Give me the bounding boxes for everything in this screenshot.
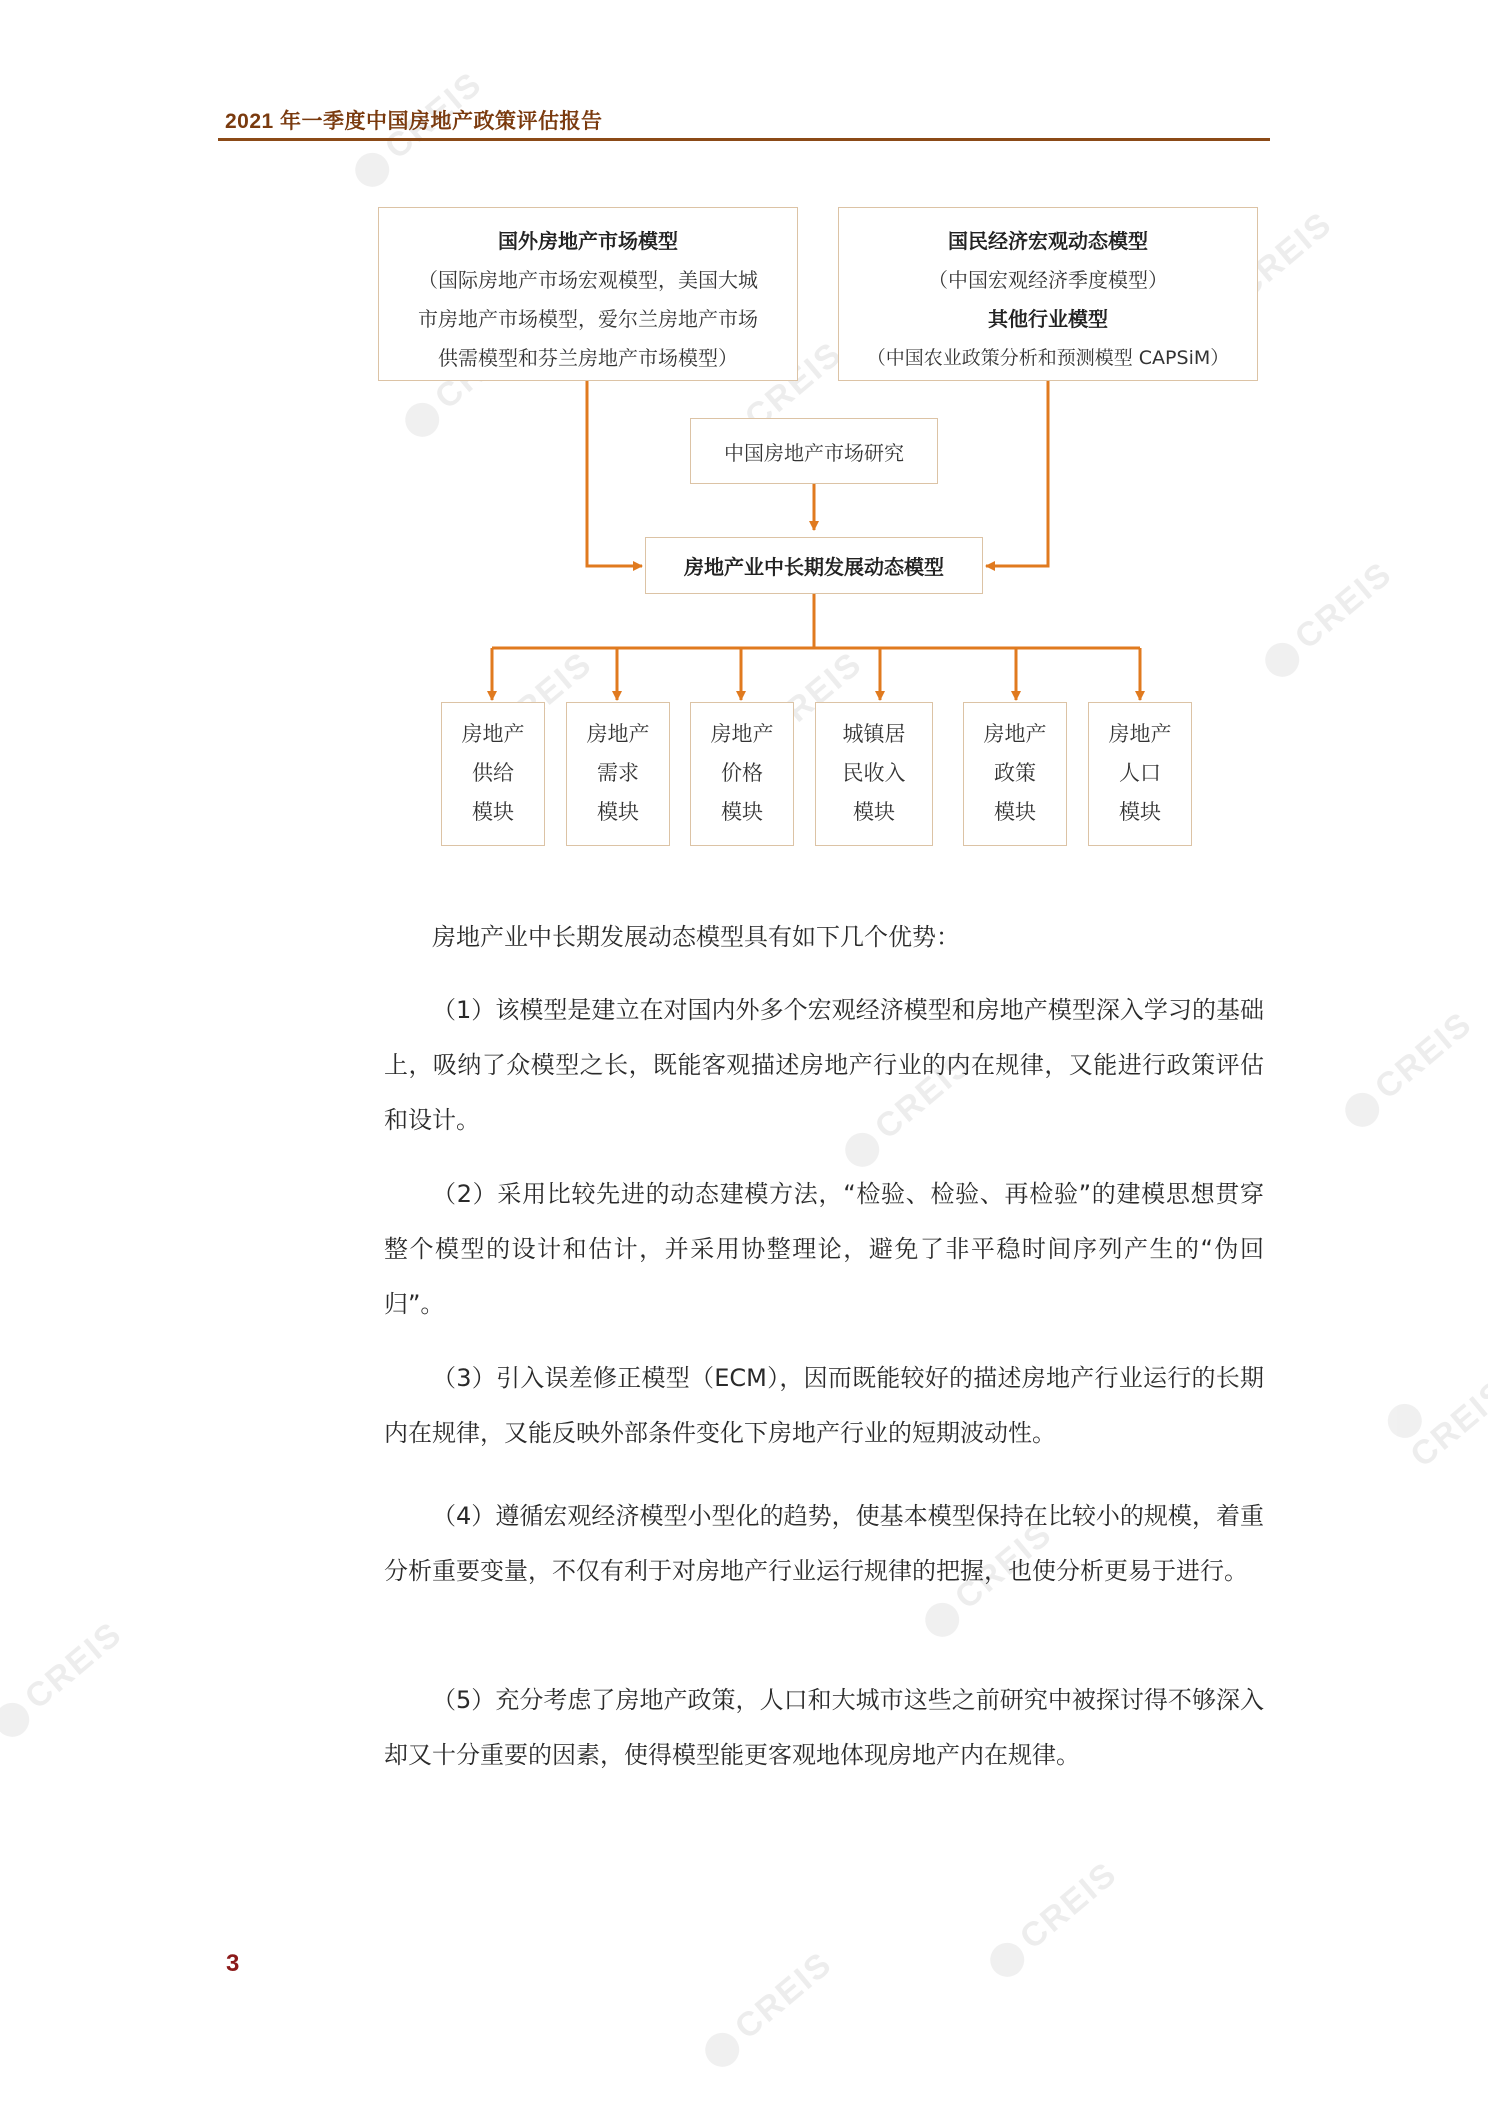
advantage-3: （3）引入误差修正模型（ECM），因而既能较好的描述房地产行业运行的长期内在规律… — [384, 1351, 1264, 1461]
advantage-paragraph: （4）遵循宏观经济模型小型化的趋势，使基本模型保持在比较小的规模，着重分析重要变… — [384, 1489, 1264, 1599]
module-line: 模块 — [964, 793, 1066, 832]
module-line: 模块 — [691, 793, 793, 832]
foreign-model-title: 国外房地产市场模型 — [379, 222, 797, 261]
other-industry-model-title: 其他行业模型 — [839, 300, 1257, 339]
foreign-model-line: 市房地产市场模型，爱尔兰房地产市场 — [379, 300, 797, 339]
module-line: 房地产 — [964, 715, 1066, 754]
advantage-1: （1）该模型是建立在对国内外多个宏观经济模型和房地产模型深入学习的基础上，吸纳了… — [384, 983, 1264, 1148]
module-policy-box: 房地产 政策 模块 — [963, 702, 1067, 846]
module-line: 政策 — [964, 754, 1066, 793]
module-line: 模块 — [1089, 793, 1191, 832]
foreign-model-line: 供需模型和芬兰房地产市场模型） — [379, 339, 797, 378]
advantage-paragraph: （1）该模型是建立在对国内外多个宏观经济模型和房地产模型深入学习的基础上，吸纳了… — [384, 983, 1264, 1148]
body-intro: 房地产业中长期发展动态模型具有如下几个优势： — [384, 910, 1264, 965]
module-line: 民收入 — [816, 754, 932, 793]
watermark: CREIS — [1256, 554, 1401, 684]
module-line: 房地产 — [691, 715, 793, 754]
advantage-4: （4）遵循宏观经济模型小型化的趋势，使基本模型保持在比较小的规模，着重分析重要变… — [384, 1489, 1264, 1599]
national-model-title: 国民经济宏观动态模型 — [839, 222, 1257, 261]
module-line: 模块 — [442, 793, 544, 832]
module-price-box: 房地产 价格 模块 — [690, 702, 794, 846]
advantage-paragraph: （5）充分考虑了房地产政策，人口和大城市这些之前研究中被探讨得不够深入却又十分重… — [384, 1673, 1264, 1783]
watermark: CREIS — [1378, 1343, 1488, 1476]
national-macro-model-box: 国民经济宏观动态模型 （中国宏观经济季度模型） 其他行业模型 （中国农业政策分析… — [838, 207, 1258, 381]
watermark: CREIS — [1336, 1004, 1481, 1134]
module-line: 模块 — [567, 793, 669, 832]
module-line: 价格 — [691, 754, 793, 793]
advantage-2: （2）采用比较先进的动态建模方法，“检验、检验、再检验”的建模思想贯穿整个模型的… — [384, 1167, 1264, 1332]
foreign-market-model-box: 国外房地产市场模型 （国际房地产市场宏观模型，美国大城 市房地产市场模型，爱尔兰… — [378, 207, 798, 381]
core-model-label: 房地产业中长期发展动态模型 — [684, 551, 944, 580]
advantage-paragraph: （2）采用比较先进的动态建模方法，“检验、检验、再检验”的建模思想贯穿整个模型的… — [384, 1167, 1264, 1332]
other-industry-model-subtitle: （中国农业政策分析和预测模型 CAPSiM） — [839, 339, 1257, 378]
module-population-box: 房地产 人口 模块 — [1088, 702, 1192, 846]
watermark: CREIS — [0, 1614, 130, 1744]
header-divider — [218, 138, 1270, 141]
intro-paragraph: 房地产业中长期发展动态模型具有如下几个优势： — [384, 910, 1264, 965]
module-line: 城镇居 — [816, 715, 932, 754]
report-title: 2021 年一季度中国房地产政策评估报告 — [225, 105, 603, 135]
module-line: 房地产 — [567, 715, 669, 754]
module-demand-box: 房地产 需求 模块 — [566, 702, 670, 846]
advantage-5: （5）充分考虑了房地产政策，人口和大城市这些之前研究中被探讨得不够深入却又十分重… — [384, 1673, 1264, 1783]
module-line: 房地产 — [1089, 715, 1191, 754]
watermark: CREIS — [981, 1854, 1126, 1984]
module-supply-box: 房地产 供给 模块 — [441, 702, 545, 846]
foreign-model-line: （国际房地产市场宏观模型，美国大城 — [379, 261, 797, 300]
china-market-research-box: 中国房地产市场研究 — [690, 418, 938, 484]
page-number: 3 — [226, 1950, 239, 1978]
module-line: 房地产 — [442, 715, 544, 754]
core-dynamic-model-box: 房地产业中长期发展动态模型 — [645, 537, 983, 594]
module-line: 模块 — [816, 793, 932, 832]
china-research-label: 中国房地产市场研究 — [724, 437, 904, 466]
advantage-paragraph: （3）引入误差修正模型（ECM），因而既能较好的描述房地产行业运行的长期内在规律… — [384, 1351, 1264, 1461]
watermark: CREIS — [696, 1944, 841, 2074]
module-income-box: 城镇居 民收入 模块 — [815, 702, 933, 846]
national-model-subtitle: （中国宏观经济季度模型） — [839, 261, 1257, 300]
module-line: 供给 — [442, 754, 544, 793]
module-line: 人口 — [1089, 754, 1191, 793]
module-line: 需求 — [567, 754, 669, 793]
